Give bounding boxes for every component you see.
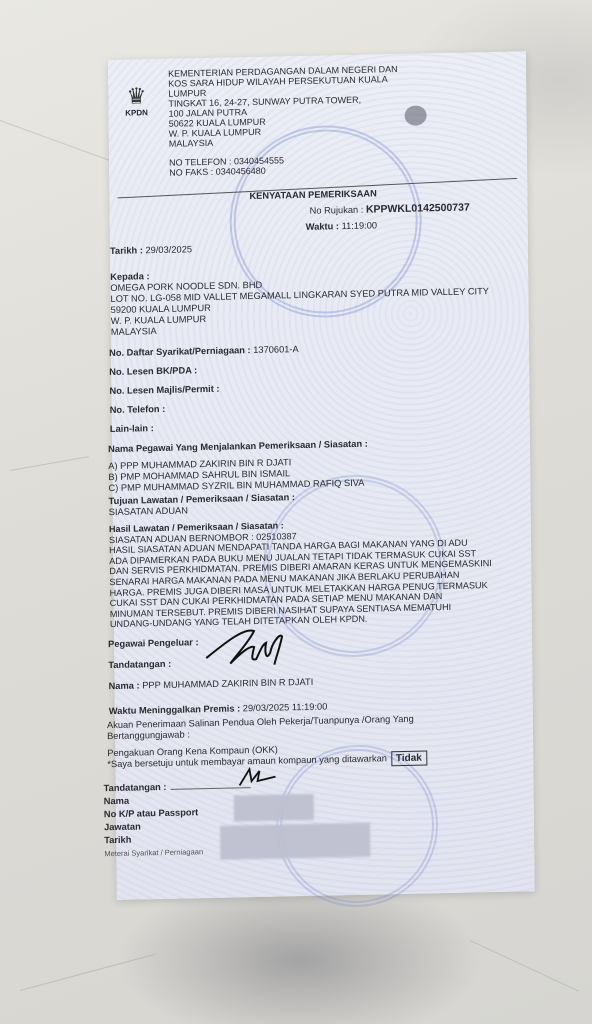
acknowledgement-block: Akuan Penerimaan Salinan Pendua Oleh Pek… [107, 713, 437, 770]
signature-line [170, 787, 250, 790]
purpose-block: Tujuan Lawatan / Pemeriksaan / Siasatan … [109, 492, 296, 518]
reference-number: No Rujukan : KPPWKL0142500737 [310, 202, 470, 216]
business-fields: No. Daftar Syarikat/Perniagaan : 1370601… [109, 340, 300, 439]
leave-time: 29/03/2025 11:19:00 [243, 702, 328, 714]
okk-answer-box: Tidak [391, 750, 427, 766]
field-registration-no: No. Daftar Syarikat/Perniagaan : 1370601… [109, 340, 299, 363]
redacted-personal-info [220, 823, 370, 860]
statement-date: Tarikh : 29/03/2025 [110, 244, 192, 257]
officer-signature [204, 622, 294, 670]
marble-vein [0, 120, 113, 162]
officers-block: Nama Pegawai Yang Menjalankan Pemeriksaa… [108, 439, 368, 494]
field-others: Lain-lain : [110, 416, 300, 439]
marble-vein [20, 954, 155, 991]
inspection-statement-paper: ♛ KPDN KEMENTERIAN PERDAGANGAN DALAM NEG… [108, 51, 535, 900]
marble-vein [470, 940, 579, 992]
coat-of-arms-icon: ♛ [114, 85, 158, 108]
recipient-block: Kepada : OMEGA PORK NOODLE SDN. BHD LOT … [110, 264, 489, 338]
redacted-personal-info [234, 794, 314, 822]
ministry-address: KEMENTERIAN PERDAGANGAN DALAM NEGERI DAN… [168, 62, 489, 178]
kpdn-logo: ♛ KPDN [114, 85, 158, 119]
statement-time: Waktu : 11:19:00 [306, 220, 377, 232]
recipient-signature [237, 767, 277, 788]
issuer-name: PPP MUHAMMAD ZAKIRIN BIN R DJATI [142, 677, 313, 691]
result-block: Hasil Lawatan / Pemeriksaan / Siasatan :… [109, 516, 493, 630]
marble-vein [10, 456, 89, 471]
